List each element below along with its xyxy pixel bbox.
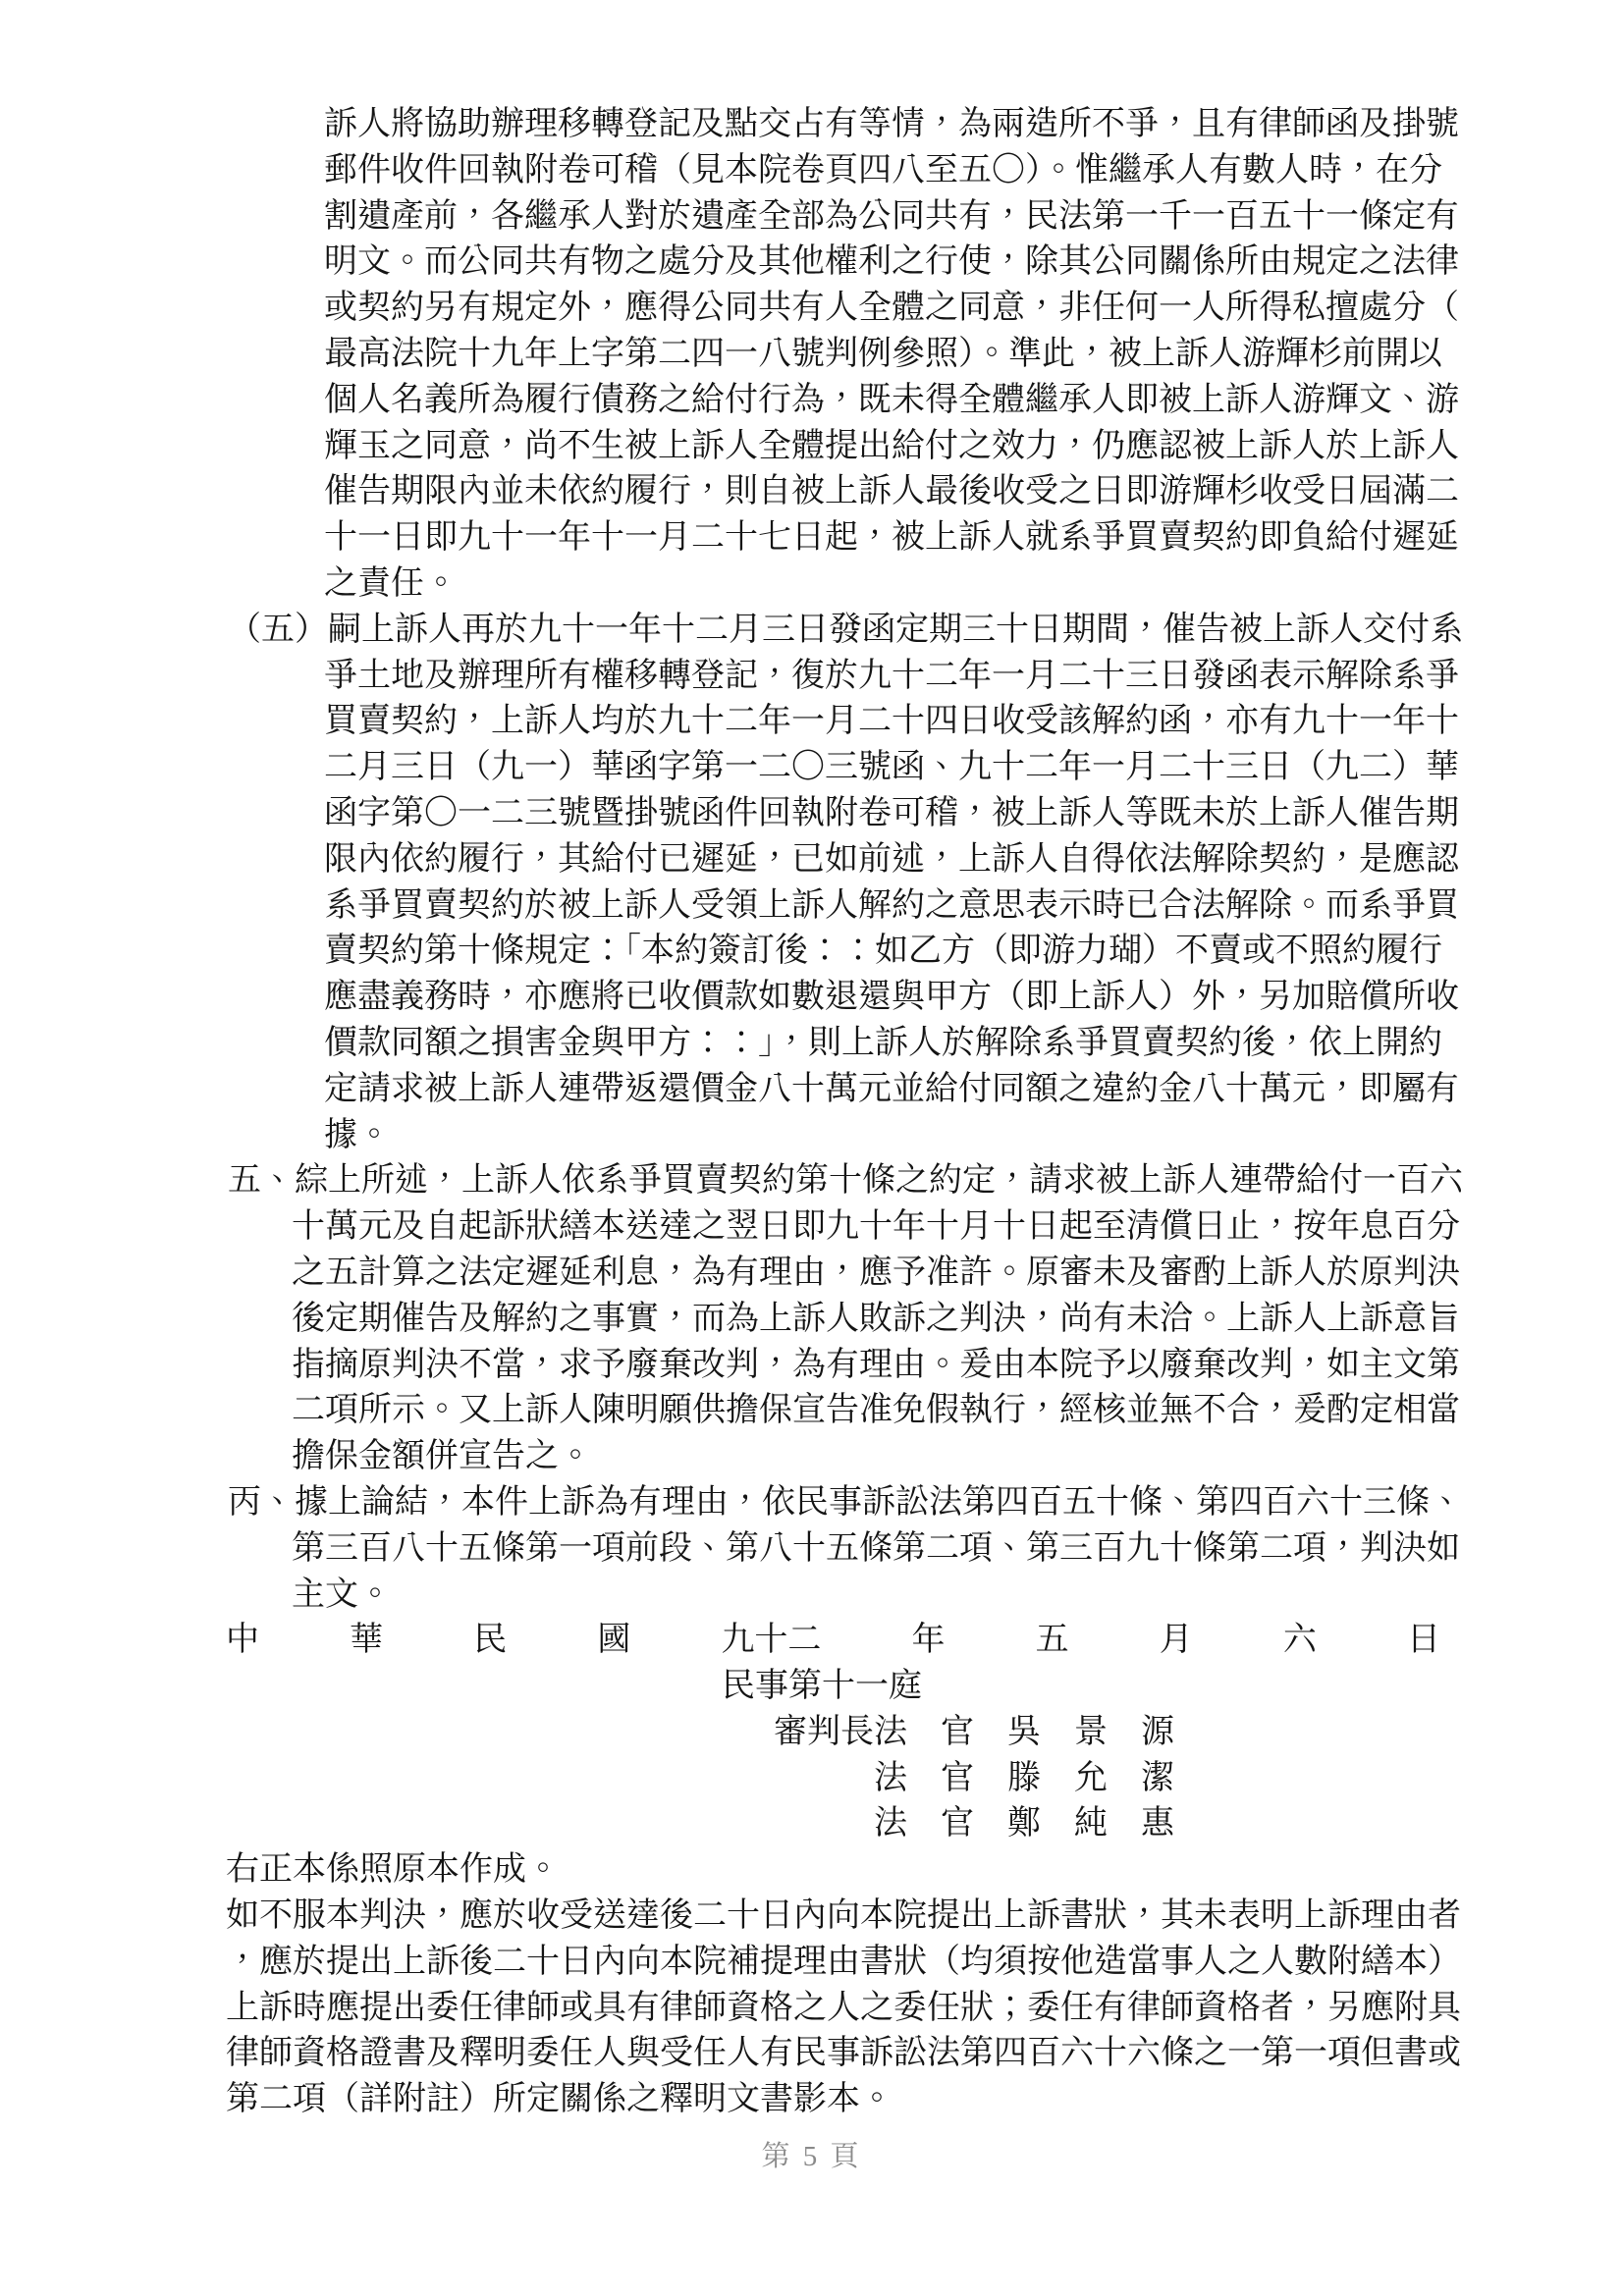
date-segment: 民 [473, 1618, 507, 1664]
footer-text-line: 右正本係照原本作成。 [0, 1847, 1623, 1894]
body-text-line: 函字第〇一二三號暨掛號函件回執附卷可稽，被上訴人等既未於上訴人催告期 [0, 791, 1623, 837]
body-text-line: 最高法院十九年上字第二四一八號判例參照）。準此，被上訴人游輝杉前開以 [0, 332, 1623, 378]
date-segment: 中 [226, 1618, 259, 1664]
footer-text-line: 律師資格證書及釋明委任人與受任人有民事訴訟法第四百六十六條之一第一項但書或 [0, 2031, 1623, 2077]
date-segment: 五 [1036, 1618, 1069, 1664]
body-text-line: 之五計算之法定遲延利息，為有理由，應予准許。原審未及審酌上訴人於原判決 [0, 1251, 1623, 1297]
page-number: 第 5 頁 [0, 2136, 1623, 2177]
judgment-page: 訴人將協助辦理移轉登記及點交占有等情，為兩造所不爭，且有律師函及掛號郵件收件回執… [0, 0, 1623, 2296]
body-text-line: 指摘原判決不當，求予廢棄改判，為有理由。爰由本院予以廢棄改判，如主文第 [0, 1343, 1623, 1389]
body-text-line: 系爭買賣契約於被上訴人受領上訴人解約之意思表示時已合法解除。而系爭買 [0, 883, 1623, 930]
body-text-line: 據。 [0, 1113, 1623, 1159]
court-division: 民事第十一庭 [0, 1664, 1623, 1710]
footer-text-line: 上訴時應提出委任律師或具有律師資格之人之委任狀；委任有律師資格者，另應附具 [0, 1986, 1623, 2032]
body-text-line: 擔保金額併宣告之。 [0, 1434, 1623, 1480]
body-text-line: 二項所示。又上訴人陳明願供擔保宣告准免假執行，經核並無不合，爰酌定相當 [0, 1388, 1623, 1434]
body-text-line: 十一日即九十一年十一月二十七日起，被上訴人就系爭買賣契約即負給付遲延 [0, 515, 1623, 561]
body-text-line: 第三百八十五條第一項前段、第八十五條第二項、第三百九十條第二項，判決如 [0, 1526, 1623, 1573]
judgment-content: 訴人將協助辦理移轉登記及點交占有等情，為兩造所不爭，且有律師函及掛號郵件收件回執… [0, 102, 1623, 2123]
body-text-line: 價款同額之損害金與甲方：：」，則上訴人於解除系爭買賣契約後，依上開約 [0, 1021, 1623, 1067]
body-text-line: 明文。而公同共有物之處分及其他權利之行使，除其公同關係所由規定之法律 [0, 240, 1623, 286]
body-text-line: 輝玉之同意，尚不生被上訴人全體提出給付之效力，仍應認被上訴人於上訴人 [0, 424, 1623, 470]
body-text-line: 限內依約履行，其給付已遲延，已如前述，上訴人自得依法解除契約，是應認 [0, 837, 1623, 883]
footer-text-line: 第二項（詳附註）所定關係之釋明文書影本。 [0, 2077, 1623, 2123]
body-text-line: 後定期催告及解約之事實，而為上訴人敗訴之判決，尚有未洽。上訴人上訴意旨 [0, 1297, 1623, 1343]
footer-text-line: 如不服本判決，應於收受送達後二十日內向本院提出上訴書狀，其未表明上訴理由者 [0, 1894, 1623, 1940]
body-text-line: 應盡義務時，亦應將已收價款如數退還與甲方（即上訴人）外，另加賠償所收 [0, 975, 1623, 1021]
body-text-line: 之責任。 [0, 561, 1623, 608]
body-text-line: 主文。 [0, 1573, 1623, 1619]
date-segment: 年 [912, 1618, 946, 1664]
body-text-line: 郵件收件回執附卷可稽（見本院卷頁四八至五〇）。惟繼承人有數人時，在分 [0, 148, 1623, 194]
date-segment: 國 [597, 1618, 630, 1664]
judgment-body-lines: 訴人將協助辦理移轉登記及點交占有等情，為兩造所不爭，且有律師函及掛號郵件收件回執… [0, 102, 1623, 1618]
date-segment: 華 [350, 1618, 383, 1664]
body-text-line: 催告期限內並未依約履行，則自被上訴人最後收受之日即游輝杉收受日屆滿二 [0, 469, 1623, 515]
date-segment: 九十二 [721, 1618, 821, 1664]
body-text-line: 買賣契約，上訴人均於九十二年一月二十四日收受該解約函，亦有九十一年十 [0, 699, 1623, 745]
body-text-line: 十萬元及自起訴狀繕本送達之翌日即九十年十月十日起至清償日止，按年息百分 [0, 1204, 1623, 1251]
body-text-line: 爭土地及辦理所有權移轉登記，復於九十二年一月二十三日發函表示解除系爭 [0, 654, 1623, 700]
body-text-line: 個人名義所為履行債務之給付行為，既未得全體繼承人即被上訴人游輝文、游 [0, 378, 1623, 424]
body-text-line: 丙、據上論結，本件上訴為有理由，依民事訴訟法第四百五十條、第四百六十三條、 [0, 1480, 1623, 1526]
body-text-line: 割遺產前，各繼承人對於遺產全部為公同共有，民法第一千一百五十一條定有 [0, 194, 1623, 240]
judge-signature-line: 法 官 鄭 純 惠 [0, 1801, 1174, 1847]
body-text-line: 訴人將協助辦理移轉登記及點交占有等情，為兩造所不爭，且有律師函及掛號 [0, 102, 1623, 148]
body-text-line: 二月三日（九一）華函字第一二〇三號函、九十二年一月二十三日（九二）華 [0, 745, 1623, 791]
judge-signature-line: 法 官 滕 允 潔 [0, 1756, 1174, 1802]
body-text-line: （五）嗣上訴人再於九十一年十二月三日發函定期三十日期間，催告被上訴人交付系 [0, 608, 1623, 654]
date-segment: 日 [1407, 1618, 1440, 1664]
body-text-line: 賣契約第十條規定：「本約簽訂後：：如乙方（即游力瑚）不賣或不照約履行 [0, 929, 1623, 975]
judge-signature-block: 審判長法 官 吳 景 源法 官 滕 允 潔法 官 鄭 純 惠 [0, 1710, 1623, 1847]
date-segment: 六 [1283, 1618, 1317, 1664]
judgment-date-row: 中華民國九十二年五月六日 [226, 1618, 1440, 1664]
footer-text-line: ，應於提出上訴後二十日內向本院補提理由書狀（均須按他造當事人之人數附繕本） [0, 1940, 1623, 1986]
judge-signature-line: 審判長法 官 吳 景 源 [0, 1710, 1174, 1756]
body-text-line: 五、綜上所述，上訴人依系爭買賣契約第十條之約定，請求被上訴人連帶給付一百六 [0, 1158, 1623, 1204]
date-segment: 月 [1160, 1618, 1193, 1664]
footer-notes: 右正本係照原本作成。如不服本判決，應於收受送達後二十日內向本院提出上訴書狀，其未… [0, 1847, 1623, 2123]
body-text-line: 或契約另有規定外，應得公同共有人全體之同意，非任何一人所得私擅處分（ [0, 286, 1623, 332]
body-text-line: 定請求被上訴人連帶返還價金八十萬元並給付同額之違約金八十萬元，即屬有 [0, 1067, 1623, 1113]
